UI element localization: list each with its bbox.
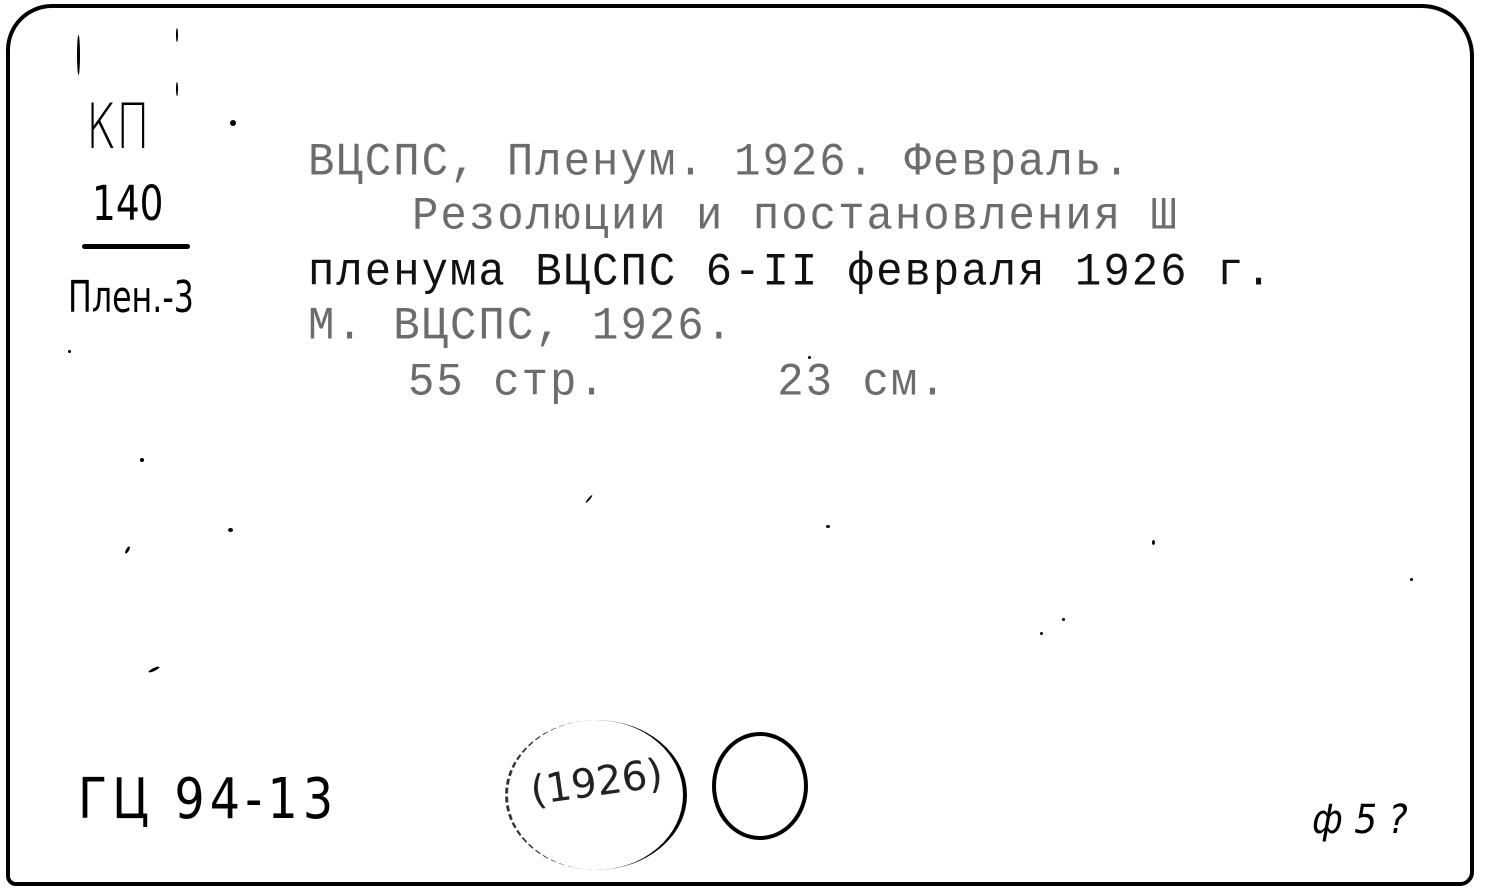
entry-imprint: М. ВЦСПС, 1926.	[308, 304, 734, 350]
scan-speck	[68, 350, 71, 353]
entry-title-line-1: Резолюции и постановления Ш	[412, 194, 1179, 240]
shelf-mark-number: 140	[92, 180, 163, 228]
fund-mark: ф 5 ?	[1312, 800, 1408, 840]
scan-speck	[77, 35, 80, 75]
shelf-mark-sub: Плен.-3	[68, 276, 194, 320]
scan-speck	[176, 28, 178, 42]
scan-speck	[826, 525, 830, 528]
scan-speck	[230, 120, 236, 126]
scan-speck	[808, 356, 811, 359]
entry-collation: 55 стр. 23 см.	[408, 360, 948, 406]
entry-heading: ВЦСПС, Пленум. 1926. Февраль.	[308, 140, 1132, 186]
entry-title-line-2: пленума ВЦСПС 6-II февраля 1926 г.	[308, 250, 1274, 296]
scan-speck	[1152, 540, 1155, 545]
call-number: ГЦ 94-13	[78, 772, 338, 828]
scan-speck	[1062, 618, 1065, 621]
scan-speck	[176, 82, 178, 96]
circle-mark-icon	[712, 732, 808, 840]
scan-speck	[228, 528, 233, 532]
scan-speck	[140, 458, 144, 462]
shelf-mark-code: КП	[86, 96, 150, 158]
scan-speck	[1040, 632, 1043, 635]
shelf-mark-divider	[82, 244, 190, 249]
scan-speck	[1410, 578, 1413, 581]
